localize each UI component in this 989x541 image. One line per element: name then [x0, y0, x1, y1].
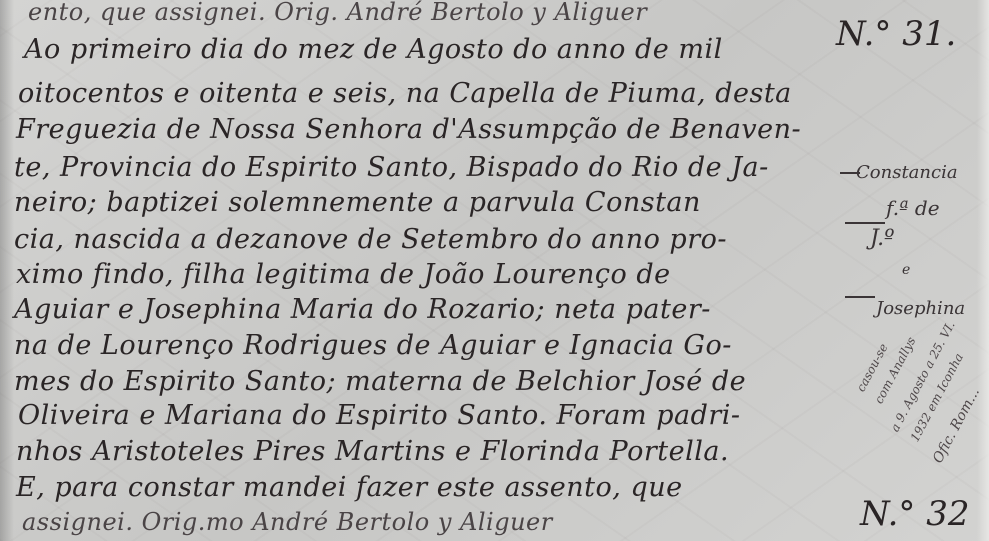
register-line-3: oitocentos e oitenta e seis, na Capella … [18, 78, 792, 109]
document-page: ento, que assignei. Orig. André Bertolo … [0, 0, 989, 541]
register-line-11: mes do Espirito Santo; materna de Belchi… [14, 366, 746, 397]
register-line-6: neiro; baptizei solemnemente a parvula C… [14, 187, 701, 218]
margin-mother-name: Josephina [876, 298, 965, 319]
register-line-12: Oliveira e Mariana do Espirito Santo. Fo… [18, 400, 741, 431]
page-gutter-shadow [0, 0, 14, 541]
register-line-4: Freguezia de Nossa Senhora d'Assumpção d… [16, 114, 801, 145]
line-filler-stroke [840, 172, 860, 174]
register-line-10: na de Lourenço Rodrigues de Aguiar e Ign… [14, 330, 732, 361]
line-filler-stroke [845, 222, 885, 224]
register-line-1: ento, que assignei. Orig. André Bertolo … [28, 0, 647, 26]
register-line-7: cia, nascida a dezanove de Setembro do a… [14, 224, 727, 255]
margin-name-constancia: Constancia [856, 162, 958, 183]
page-right-edge [977, 0, 989, 541]
register-line-13: nhos Aristoteles Pires Martins e Florind… [16, 436, 729, 467]
line-filler-stroke [845, 296, 875, 298]
register-line-2: Ao primeiro dia do mez de Agosto do anno… [24, 34, 723, 65]
entry-number-31: N.° 31. [836, 14, 956, 54]
entry-number-32: N.° 32 [860, 494, 969, 534]
margin-filiation: f.ª de [886, 196, 940, 220]
register-line-9: Aguiar e Josephina Maria do Rozario; net… [14, 294, 711, 325]
register-line-8: ximo findo, filha legitima de João Loure… [16, 259, 671, 290]
margin-father-initial: J.º [870, 226, 894, 251]
register-line-15: assignei. Orig.mo André Bertolo y Aligue… [22, 508, 553, 536]
margin-conjunction: e [902, 262, 910, 278]
register-line-14: E, para constar mandei fazer este assent… [16, 472, 683, 503]
register-line-5: te, Provincia do Espirito Santo, Bispado… [14, 152, 769, 183]
